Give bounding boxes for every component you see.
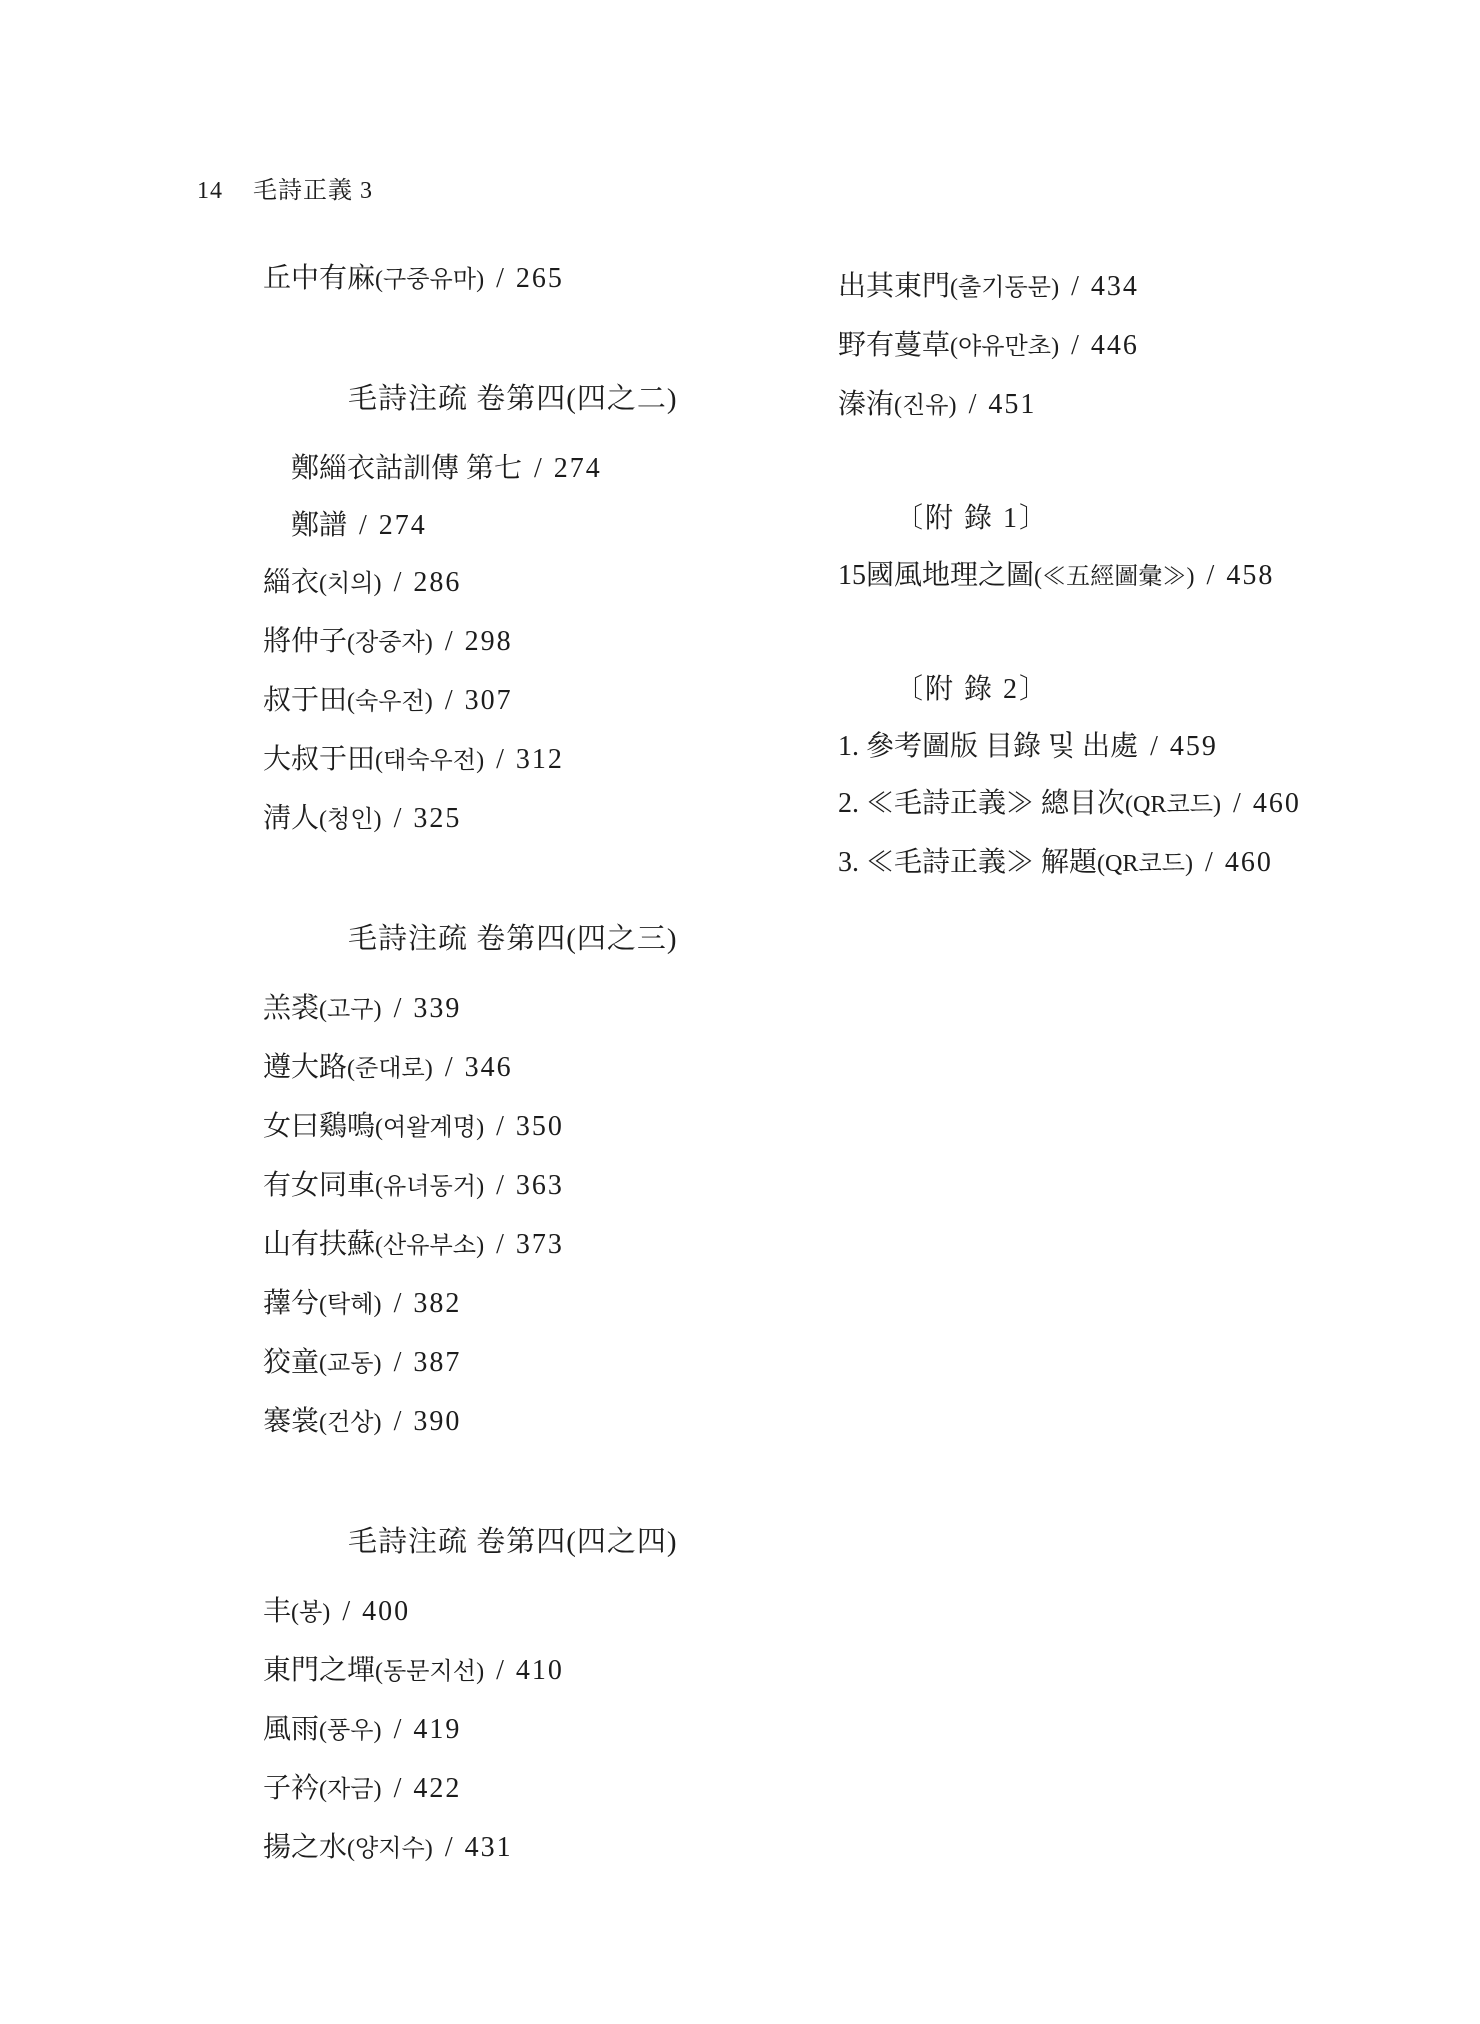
toc-entry-separator: / [496, 1170, 504, 1201]
toc-entry-title: 女曰鷄鳴 [263, 1111, 375, 1142]
toc-entry-separator: / [445, 1052, 453, 1083]
header-page-number: 14 [197, 178, 223, 204]
toc-entry: 遵大路(준대로)/346 [263, 1039, 863, 1098]
toc-entry-reading: (고구) [319, 997, 382, 1023]
toc-entry-page-number: 274 [379, 510, 427, 541]
toc-entry-reading: (봉) [291, 1600, 330, 1626]
toc-entry: 淸人(청인)/325 [263, 790, 863, 849]
toc-entry-reading: (≪五經圖彙≫) [1034, 564, 1195, 590]
header-book-title: 毛詩正義 3 [253, 178, 373, 204]
toc-entry-reading: (청인) [319, 807, 382, 833]
toc-entry-page-number: 460 [1225, 847, 1273, 878]
toc-entry-title: 〔附 錄 2〕 [895, 674, 1049, 705]
toc-entry-reading: (유녀동거) [375, 1174, 484, 1200]
toc-entry: 3. ≪毛詩正義≫ 解題(QR코드)/460 [838, 834, 1458, 893]
toc-entry-separator: / [394, 567, 402, 598]
toc-entry-title: 風雨 [263, 1714, 319, 1745]
toc-entry-reading: (탁혜) [319, 1292, 382, 1318]
toc-entry-title: 狡童 [263, 1347, 319, 1378]
toc-entry-reading: (건상) [319, 1410, 382, 1436]
toc-section-heading: 毛詩注疏 卷第四(四之四) [263, 1514, 863, 1571]
toc-entry: 大叔于田(태숙우전)/312 [263, 731, 863, 790]
toc-entry-title: 遵大路 [263, 1052, 347, 1083]
toc-entry-separator: / [496, 1111, 504, 1142]
toc-entry-page-number: 363 [516, 1170, 564, 1201]
toc-entry-page-number: 387 [413, 1347, 461, 1378]
toc-entry: 揚之水(양지수)/431 [263, 1819, 863, 1878]
toc-entry-title: 出其東門 [838, 271, 950, 302]
toc-entry-separator: / [394, 1288, 402, 1319]
toc-entry: 羔裘(고구)/339 [263, 980, 863, 1039]
toc-entry-separator: / [394, 1714, 402, 1745]
toc-entry: 1. 參考圖版 目錄 및 出處/459 [838, 718, 1458, 775]
toc-entry-title: 2. ≪毛詩正義≫ 總目次 [838, 788, 1125, 819]
toc-entry-title: 緇衣 [263, 567, 319, 598]
toc-entry-page-number: 274 [554, 453, 602, 484]
toc-entry-separator: / [394, 1347, 402, 1378]
toc-entry: 風雨(풍우)/419 [263, 1701, 863, 1760]
toc-entry-separator: / [394, 993, 402, 1024]
toc-entry-separator: / [969, 389, 977, 420]
toc-entry-reading: (진유) [894, 393, 957, 419]
toc-appendix-heading: 〔附 錄 2〕 [838, 661, 1458, 718]
toc-entry-title: 鄭譜 [291, 510, 347, 541]
toc-entry: 叔于田(숙우전)/307 [263, 672, 863, 731]
toc-entry-separator: / [342, 1596, 350, 1627]
toc-entry-title: 揚之水 [263, 1832, 347, 1863]
toc-entry-title: 子衿 [263, 1773, 319, 1804]
toc-entry-page-number: 422 [413, 1773, 461, 1804]
toc-entry-title: 毛詩注疏 卷第四(四之二) [348, 383, 678, 415]
toc-entry-separator: / [1150, 731, 1158, 762]
toc-entry-page-number: 400 [362, 1596, 410, 1627]
toc-entry: 出其東門(출기동문)/434 [838, 258, 1458, 317]
toc-entry-separator: / [496, 263, 504, 294]
toc-entry-separator: / [1205, 847, 1213, 878]
toc-entry-title: 丘中有麻 [263, 263, 375, 294]
toc-entry-title: 溱洧 [838, 389, 894, 420]
toc-entry-title: 有女同車 [263, 1170, 375, 1201]
toc-entry-separator: / [394, 803, 402, 834]
toc-entry-separator: / [445, 685, 453, 716]
toc-entry-page-number: 459 [1170, 731, 1218, 762]
toc-entry-reading: (출기동문) [950, 275, 1059, 301]
toc-entry-title: 將仲子 [263, 626, 347, 657]
toc-entry-reading: (QR코드) [1097, 851, 1193, 877]
toc-entry-separator: / [1071, 271, 1079, 302]
toc-entry: 15國風地理之圖(≪五經圖彙≫)/458 [838, 547, 1458, 606]
toc-entry-page-number: 286 [413, 567, 461, 598]
toc-entry-separator: / [445, 1832, 453, 1863]
toc-entry-reading: (교동) [319, 1351, 382, 1377]
toc-entry-page-number: 451 [988, 389, 1036, 420]
toc-entry: 丘中有麻(구중유마)/265 [263, 250, 863, 309]
toc-entry-page-number: 312 [516, 744, 564, 775]
toc-entry-page-number: 410 [516, 1655, 564, 1686]
toc-entry-title: 蘀兮 [263, 1288, 319, 1319]
toc-entry: 山有扶蘇(산유부소)/373 [263, 1216, 863, 1275]
toc-entry-reading: (야유만초) [950, 334, 1059, 360]
toc-entry-title: 羔裘 [263, 993, 319, 1024]
toc-entry-title: 野有蔓草 [838, 330, 950, 361]
toc-entry-page-number: 458 [1226, 560, 1274, 591]
toc-entry-separator: / [1207, 560, 1215, 591]
toc-section-heading: 毛詩注疏 卷第四(四之三) [263, 911, 863, 968]
toc-entry-separator: / [1071, 330, 1079, 361]
toc-entry-page-number: 265 [516, 263, 564, 294]
toc-entry-title: 大叔于田 [263, 744, 375, 775]
toc-entry-separator: / [496, 744, 504, 775]
toc-entry-reading: (QR코드) [1125, 792, 1221, 818]
toc-entry: 緇衣(치의)/286 [263, 554, 863, 613]
toc-entry: 2. ≪毛詩正義≫ 總目次(QR코드)/460 [838, 775, 1458, 834]
toc-entry-page-number: 446 [1091, 330, 1139, 361]
toc-section-heading: 毛詩注疏 卷第四(四之二) [263, 371, 863, 428]
toc-entry-reading: (구중유마) [375, 267, 484, 293]
toc-entry-title: 淸人 [263, 803, 319, 834]
toc-entry-reading: (양지수) [347, 1836, 433, 1862]
toc-entry-reading: (태숙우전) [375, 748, 484, 774]
toc-entry: 子衿(자금)/422 [263, 1760, 863, 1819]
toc-entry-reading: (산유부소) [375, 1233, 484, 1259]
toc-entry-reading: (풍우) [319, 1718, 382, 1744]
toc-column-right: 出其東門(출기동문)/434野有蔓草(야유만초)/446溱洧(진유)/451〔附… [838, 258, 1458, 893]
toc-entry: 狡童(교동)/387 [263, 1334, 863, 1393]
toc-entry: 蘀兮(탁혜)/382 [263, 1275, 863, 1334]
toc-entry: 鄭譜/274 [263, 497, 863, 554]
toc-entry-page-number: 382 [413, 1288, 461, 1319]
toc-entry-page-number: 346 [465, 1052, 513, 1083]
toc-entry: 東門之墠(동문지선)/410 [263, 1642, 863, 1701]
toc-entry-reading: (준대로) [347, 1056, 433, 1082]
toc-entry-separator: / [394, 1773, 402, 1804]
toc-entry: 有女同車(유녀동거)/363 [263, 1157, 863, 1216]
toc-entry-title: 山有扶蘇 [263, 1229, 375, 1260]
toc-entry-reading: (여왈계명) [375, 1115, 484, 1141]
toc-entry: 丰(봉)/400 [263, 1583, 863, 1642]
toc-entry-page-number: 373 [516, 1229, 564, 1260]
toc-entry: 將仲子(장중자)/298 [263, 613, 863, 672]
toc-entry-title: 東門之墠 [263, 1655, 375, 1686]
toc-entry-title: 毛詩注疏 卷第四(四之三) [348, 923, 678, 955]
toc-entry-reading: (치의) [319, 571, 382, 597]
toc-entry-page-number: 419 [413, 1714, 461, 1745]
toc-entry-title: 鄭緇衣詁訓傳 第七 [291, 453, 522, 484]
toc-entry-separator: / [496, 1655, 504, 1686]
toc-entry-separator: / [1233, 788, 1241, 819]
toc-entry-title: 丰 [263, 1596, 291, 1627]
toc-entry-reading: (동문지선) [375, 1659, 484, 1685]
toc-entry-title: 3. ≪毛詩正義≫ 解題 [838, 847, 1097, 878]
toc-entry-page-number: 298 [465, 626, 513, 657]
toc-entry-page-number: 460 [1253, 788, 1301, 819]
toc-entry-title: 1. 參考圖版 目錄 및 出處 [838, 731, 1138, 762]
toc-entry-title: 〔附 錄 1〕 [895, 503, 1049, 534]
toc-entry-separator: / [496, 1229, 504, 1260]
toc-entry-separator: / [534, 453, 542, 484]
toc-entry-page-number: 431 [465, 1832, 513, 1863]
toc-entry-title: 毛詩注疏 卷第四(四之四) [348, 1526, 678, 1558]
toc-entry-page-number: 350 [516, 1111, 564, 1142]
toc-appendix-heading: 〔附 錄 1〕 [838, 490, 1458, 547]
toc-entry-page-number: 434 [1091, 271, 1139, 302]
toc-entry: 溱洧(진유)/451 [838, 376, 1458, 435]
toc-entry-page-number: 339 [413, 993, 461, 1024]
toc-entry: 褰裳(건상)/390 [263, 1393, 863, 1452]
toc-entry: 鄭緇衣詁訓傳 第七/274 [263, 440, 863, 497]
toc-entry-title: 褰裳 [263, 1406, 319, 1437]
toc-column-left: 丘中有麻(구중유마)/265毛詩注疏 卷第四(四之二)鄭緇衣詁訓傳 第七/274… [263, 250, 863, 1878]
running-header: 14毛詩正義 3 [197, 170, 373, 205]
toc-entry: 野有蔓草(야유만초)/446 [838, 317, 1458, 376]
toc-entry-title: 15國風地理之圖 [838, 560, 1034, 591]
toc-entry-reading: (숙우전) [347, 689, 433, 715]
toc-entry-page-number: 307 [465, 685, 513, 716]
toc-entry-reading: (장중자) [347, 630, 433, 656]
toc-entry-separator: / [445, 626, 453, 657]
toc-entry-title: 叔于田 [263, 685, 347, 716]
toc-entry-separator: / [394, 1406, 402, 1437]
toc-entry-reading: (자금) [319, 1777, 382, 1803]
book-page: 14毛詩正義 3 丘中有麻(구중유마)/265毛詩注疏 卷第四(四之二)鄭緇衣詁… [0, 0, 1480, 2024]
toc-entry: 女曰鷄鳴(여왈계명)/350 [263, 1098, 863, 1157]
toc-entry-page-number: 390 [413, 1406, 461, 1437]
toc-entry-page-number: 325 [413, 803, 461, 834]
toc-entry-separator: / [359, 510, 367, 541]
